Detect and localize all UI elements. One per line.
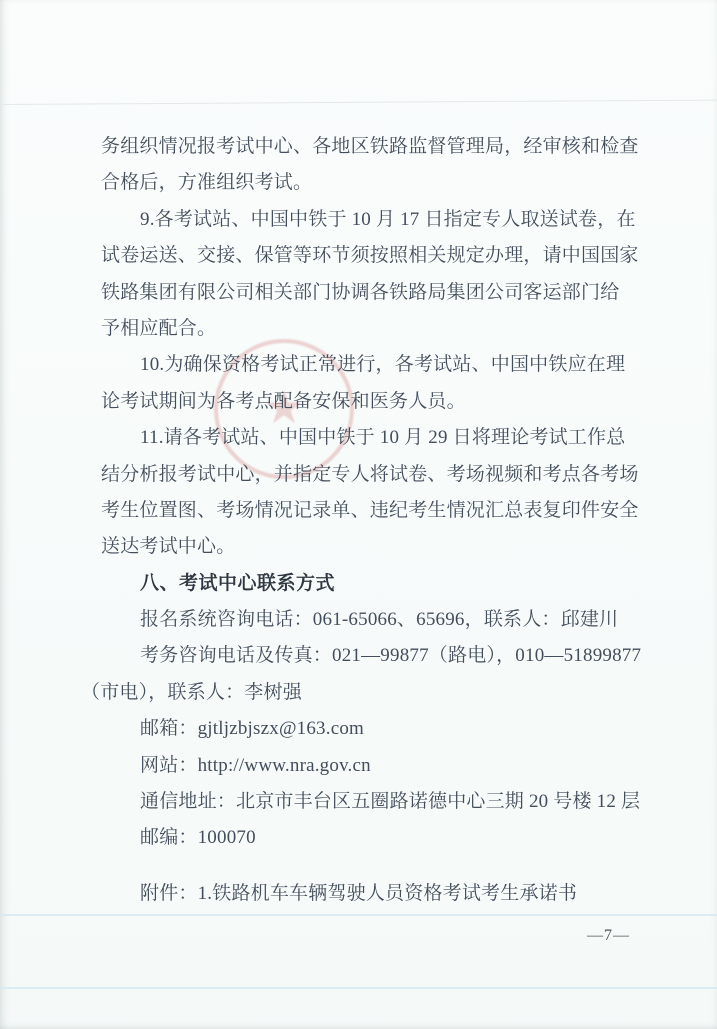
body-line: 合格后，方准组织考试。 [101, 165, 666, 201]
contact-line-postcode: 邮编：100070 [101, 820, 666, 856]
body-line: 10.为确保资格考试正常进行，各考试站、中国中铁应在理 [101, 347, 666, 383]
body-line: 论考试期间为各考点配备安保和医务人员。 [101, 384, 666, 420]
scan-artifact-blue-line-2 [0, 987, 717, 989]
page-number: —7— [587, 926, 630, 946]
document-body: 务组织情况报考试中心、各地区铁路监督管理局，经审核和检查 合格后，方准组织考试。… [101, 129, 666, 857]
scan-artifact-blue-line-1 [0, 914, 717, 916]
contact-line-exam-phone-fax: 考务咨询电话及传真：021—99877（路电），010—51899877 [101, 638, 666, 674]
body-line: 务组织情况报考试中心、各地区铁路监督管理局，经审核和检查 [101, 129, 666, 165]
contact-line-registration-phone: 报名系统咨询电话：061-65066、65696，联系人：邱建川 [101, 602, 666, 638]
contact-line-email: 邮箱：gjtljzbjszx@163.com [101, 711, 666, 747]
scan-artifact-top-line [0, 100, 717, 105]
body-line: 11.请各考试站、中国中铁于 10 月 29 日将理论考试工作总 [101, 420, 666, 456]
section-heading: 八、考试中心联系方式 [101, 566, 666, 602]
body-line: 予相应配合。 [101, 311, 666, 347]
body-line: 考生位置图、考场情况记录单、违纪考生情况汇总表复印件安全 [101, 493, 666, 529]
body-line: 铁路集团有限公司相关部门协调各铁路局集团公司客运部门给 [101, 275, 666, 311]
body-line: 结分析报考试中心，并指定专人将试卷、考场视频和考点各考场 [101, 457, 666, 493]
attachment-line: 附件：1.铁路机车车辆驾驶人员资格考试考生承诺书 [101, 876, 666, 912]
body-line: 9.各考试站、中国中铁于 10 月 17 日指定专人取送试卷，在 [101, 202, 666, 238]
contact-line-website: 网站：http://www.nra.gov.cn [101, 748, 666, 784]
body-line: 试卷运送、交接、保管等环节须按照相关规定办理，请中国国家 [101, 238, 666, 274]
attachment-block: 附件：1.铁路机车车辆驾驶人员资格考试考生承诺书 [101, 876, 666, 912]
contact-line-contact-person: （市电），联系人：李树强 [81, 675, 666, 711]
scanned-document-page: ★ 务组织情况报考试中心、各地区铁路监督管理局，经审核和检查 合格后，方准组织考… [0, 0, 717, 1029]
body-line: 送达考试中心。 [101, 529, 666, 565]
contact-line-address: 通信地址：北京市丰台区五圈路诺德中心三期 20 号楼 12 层 [101, 784, 666, 820]
